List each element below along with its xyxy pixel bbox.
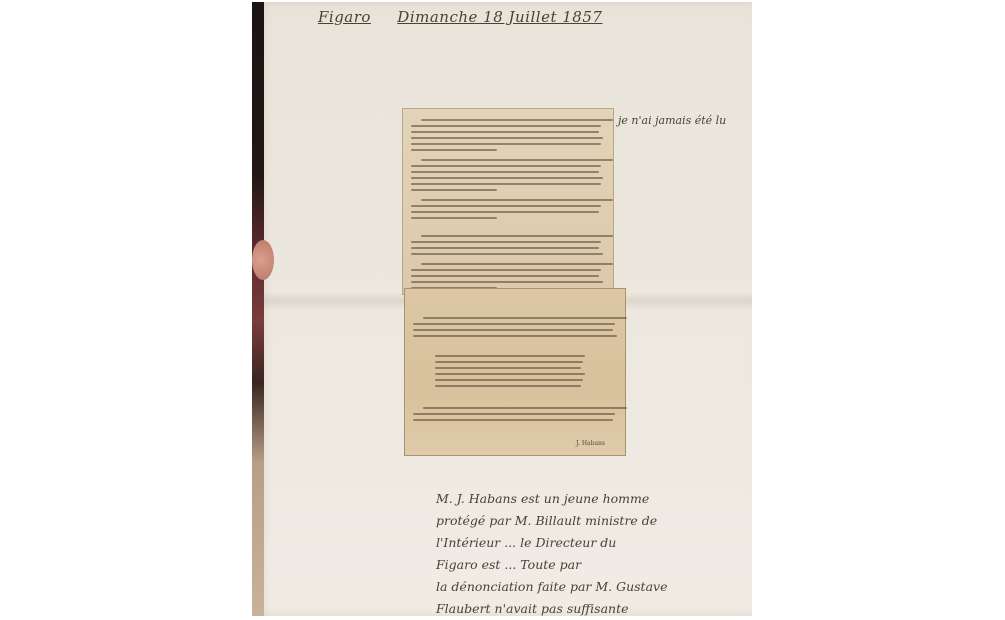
clipping-text-line <box>411 253 603 255</box>
clipping-text-line <box>435 355 585 357</box>
clipping-text-line <box>411 177 603 179</box>
holding-finger <box>252 240 274 280</box>
clipping-text-line <box>423 407 627 409</box>
clipping-text-line <box>413 419 613 421</box>
note-line: Flaubert n'avait pas suffisante <box>436 598 736 620</box>
note-line: la dénonciation faite par M. Gustave <box>436 576 736 598</box>
clipping-text-line <box>411 269 601 271</box>
binding-edge <box>252 2 264 616</box>
clipping-text-line <box>435 379 583 381</box>
clipping-text-line <box>411 241 601 243</box>
clipping-text-line <box>411 143 601 145</box>
clipping-text-line <box>411 137 603 139</box>
clipping-text-line <box>413 323 615 325</box>
clipping-text-line <box>413 413 615 415</box>
clipping-signature: J. Habans <box>576 440 605 447</box>
clipping-text-line <box>411 247 599 249</box>
handwritten-note: M. J. Habans est un jeune homme protégé … <box>436 488 736 620</box>
clipping-text-line <box>411 205 601 207</box>
clipping-text-line <box>411 211 599 213</box>
clipping-text-line <box>421 119 613 121</box>
note-line: Figaro est ... Toute par <box>436 554 736 576</box>
clipping-text-line <box>421 199 613 201</box>
clipping-text-line <box>411 171 599 173</box>
header-date: Dimanche 18 Juillet 1857 <box>397 8 602 26</box>
newspaper-clipping-bottom: J. Habans <box>404 288 626 456</box>
clipping-text-line <box>435 361 583 363</box>
page-header: Figaro Dimanche 18 Juillet 1857 <box>318 8 602 26</box>
clipping-text-line <box>411 281 603 283</box>
clipping-text-line <box>413 335 617 337</box>
clipping-text-line <box>411 149 497 151</box>
clipping-text-line <box>435 385 581 387</box>
clipping-text-line <box>421 263 613 265</box>
clipping-text-line <box>411 183 601 185</box>
clipping-text-line <box>435 367 581 369</box>
clipping-text-line <box>411 189 497 191</box>
note-line: protégé par M. Billault ministre de <box>436 510 736 532</box>
clipping-text-line <box>421 235 613 237</box>
note-line: l'Intérieur ... le Directeur du <box>436 532 736 554</box>
newspaper-clipping-top <box>402 108 614 295</box>
clipping-text-line <box>421 159 613 161</box>
clipping-text-line <box>411 217 497 219</box>
clipping-text-line <box>423 317 627 319</box>
clipping-text-line <box>411 131 599 133</box>
clipping-text-line <box>413 329 613 331</box>
newspaper-name: Figaro <box>318 8 371 26</box>
clipping-text-line <box>411 165 601 167</box>
clipping-text-line <box>411 275 599 277</box>
clipping-text-line <box>435 373 585 375</box>
note-line: M. J. Habans est un jeune homme <box>436 488 736 510</box>
clipping-text-line <box>411 125 601 127</box>
margin-note: je n'ai jamais été lu <box>618 114 726 127</box>
